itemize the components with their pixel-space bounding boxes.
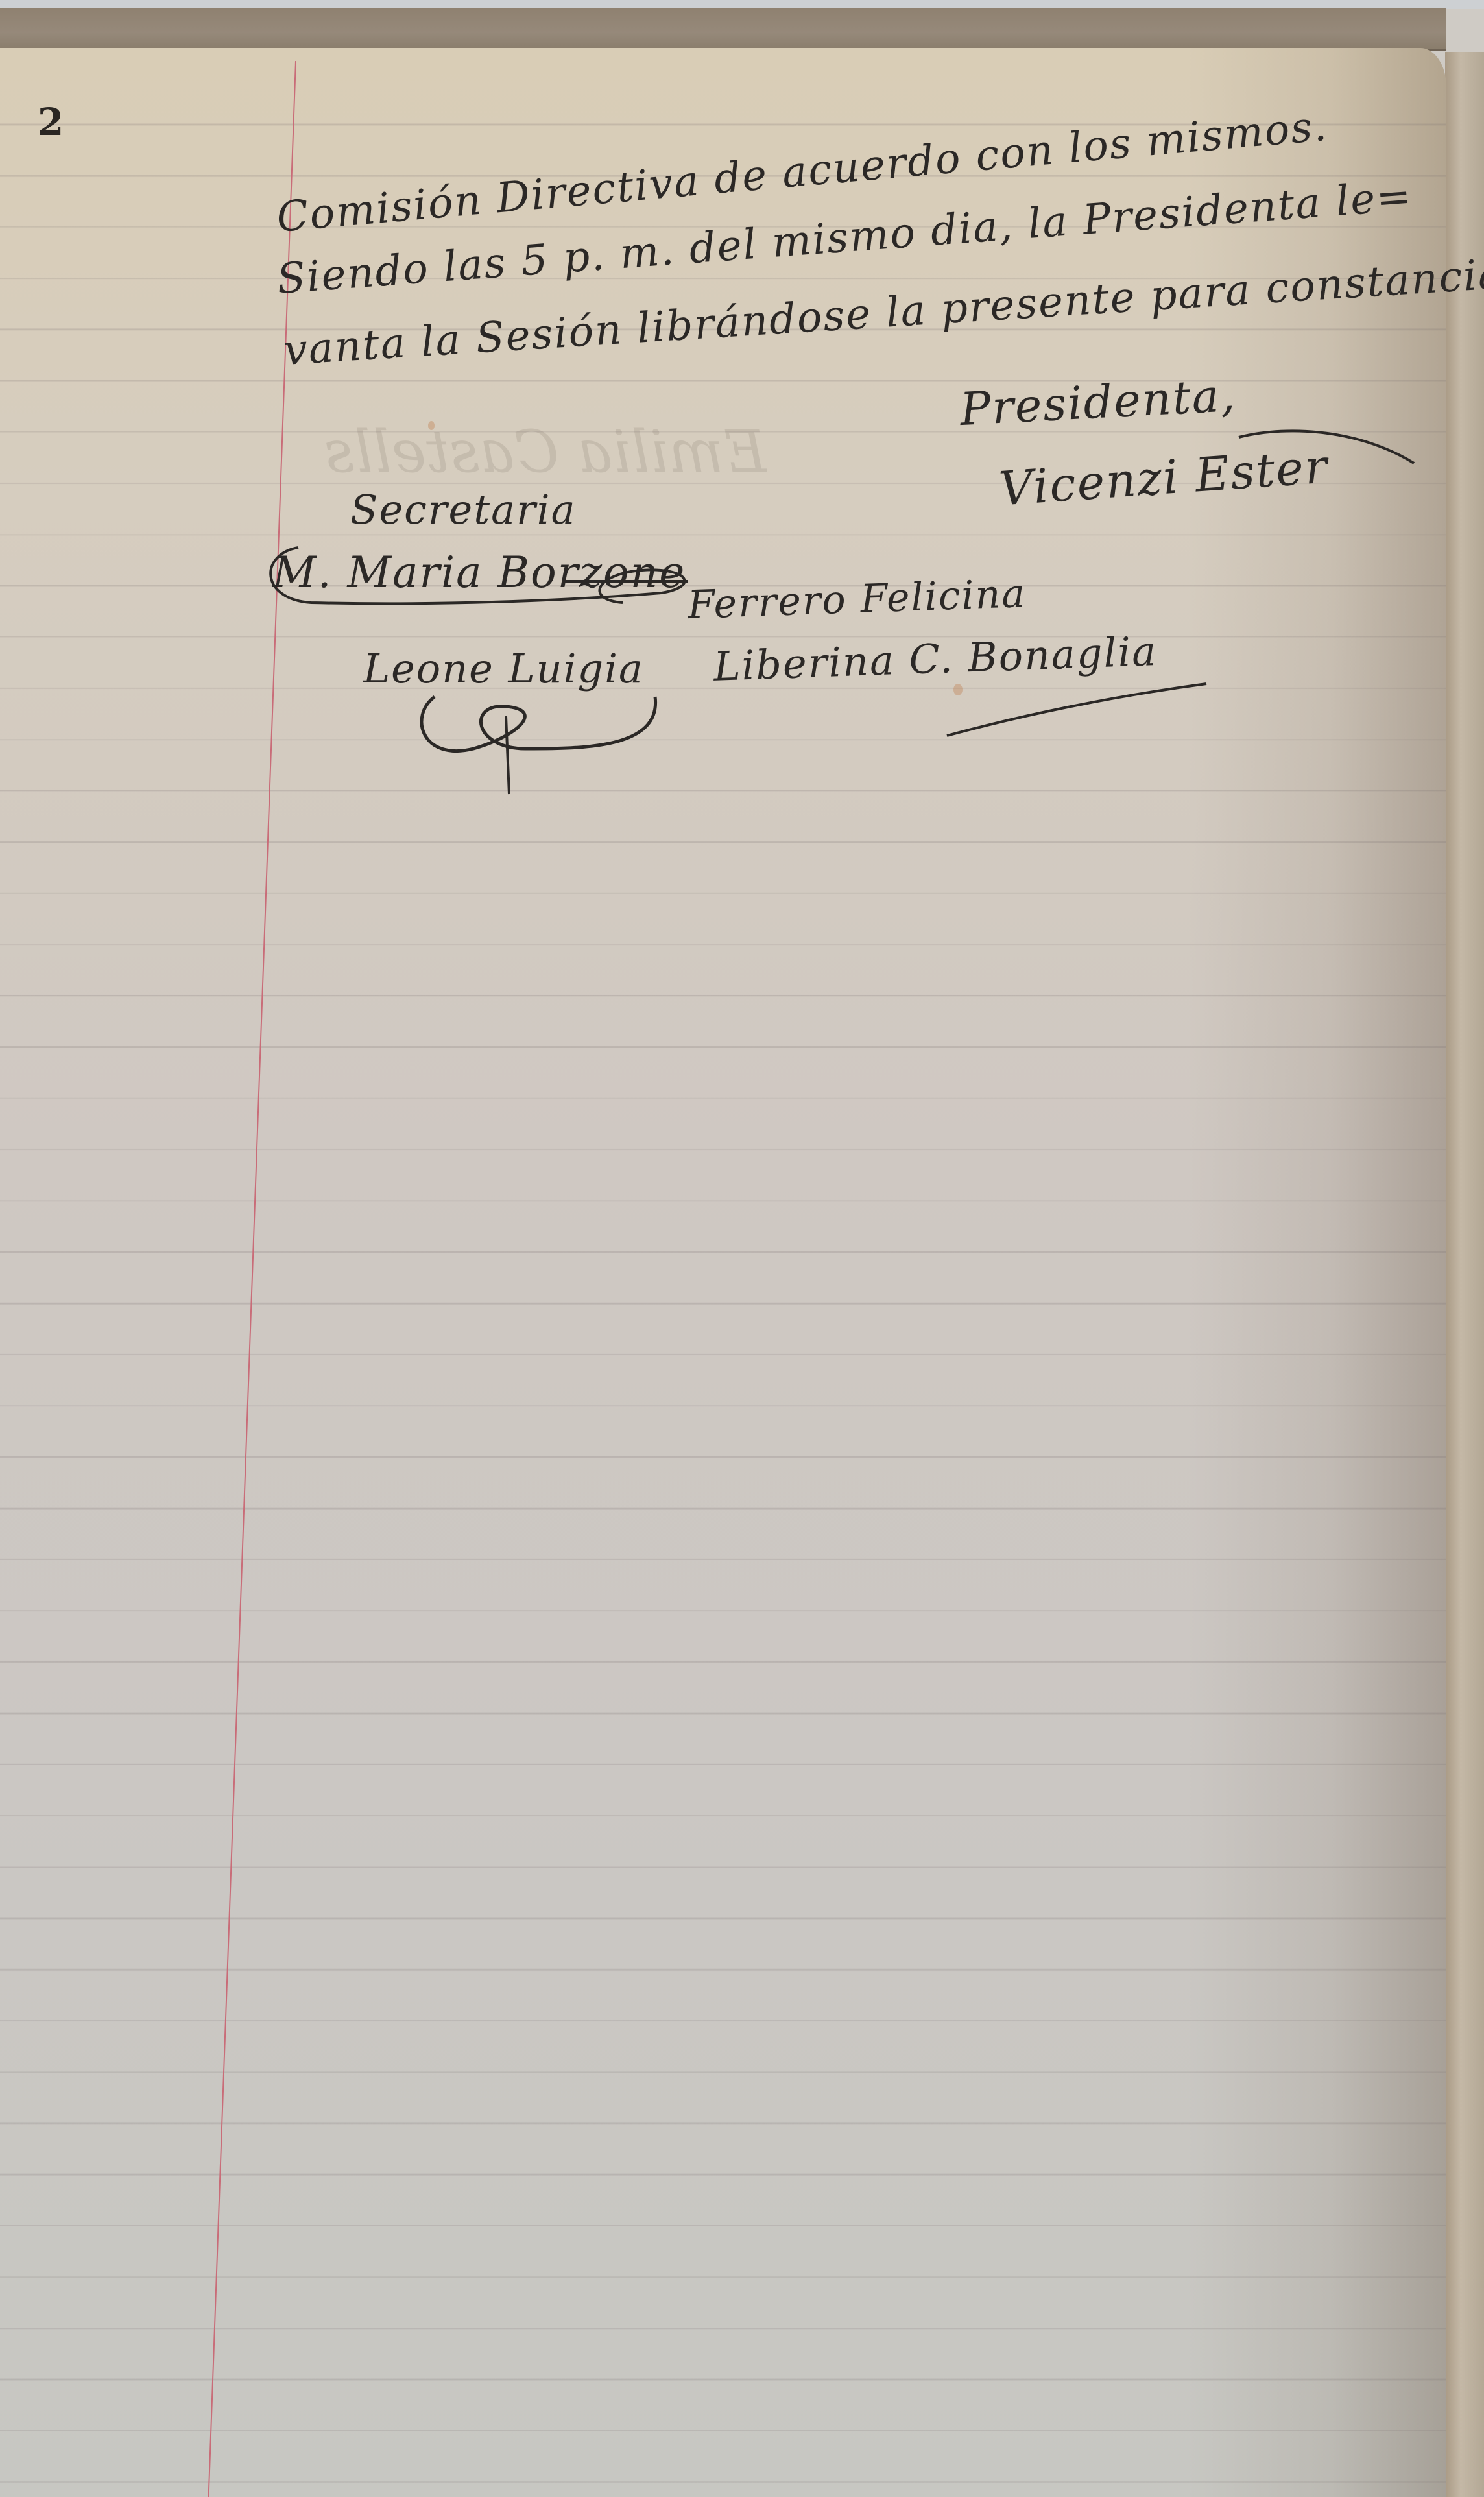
signature-leone: Leone Luigia [363, 645, 644, 692]
secretaria-flourish-icon [259, 541, 700, 619]
photo-scene: 2 Emilia Castells Comisión Directiva de … [0, 0, 1484, 2497]
presidenta-flourish-icon [1232, 411, 1420, 489]
paper-stain [953, 684, 963, 695]
leone-flourish-icon [415, 690, 668, 801]
binding-board-strip [0, 8, 1446, 51]
ledger-page: 2 Emilia Castells Comisión Directiva de … [0, 48, 1446, 2497]
adjacent-page-edge [1445, 52, 1484, 2497]
page-number: 2 [38, 100, 64, 144]
bleed-through-text: Emilia Castells [324, 418, 767, 486]
paper-stain [428, 421, 435, 430]
secretaria-title: Secretaria [350, 486, 577, 533]
bonaglia-flourish-icon [940, 671, 1213, 742]
